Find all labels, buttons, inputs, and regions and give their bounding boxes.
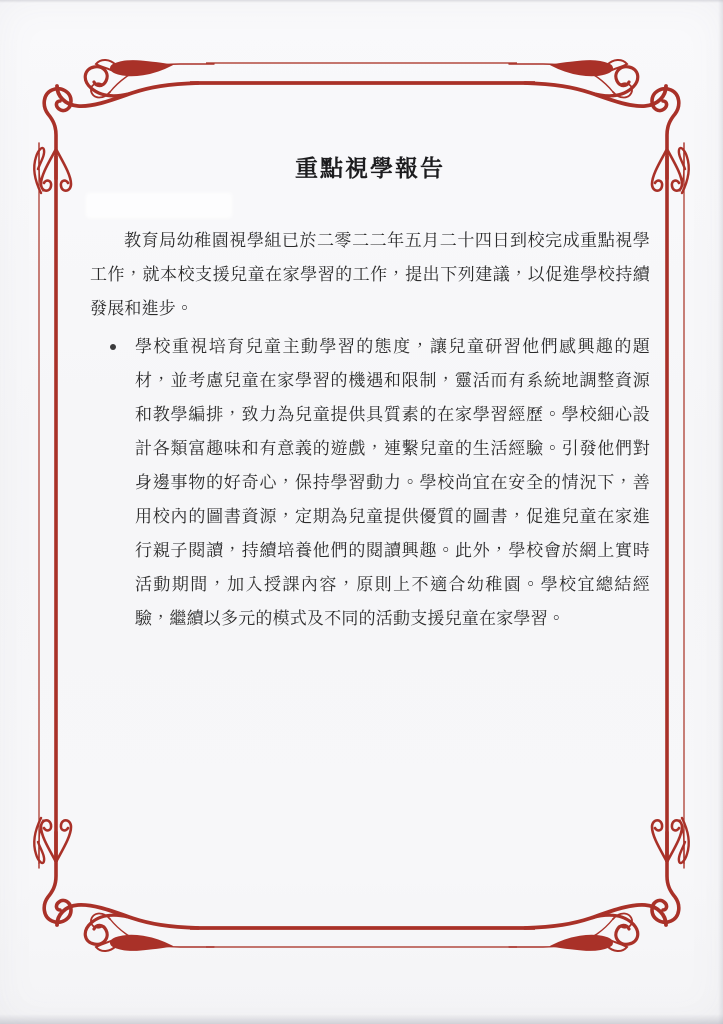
scan-edge-shadow-top: [0, 0, 723, 3]
scan-edge-shadow-right: [718, 0, 723, 1024]
scan-edge-shadow-bottom: [0, 1014, 723, 1024]
scanned-document-page: 重點視學報告 教育局幼稚園視學組已於二零二二年五月二十四日到校完成重點視學工作，…: [0, 0, 723, 1024]
page-title: 重點視學報告: [90, 154, 650, 184]
intro-paragraph: 教育局幼稚園視學組已於二零二二年五月二十四日到校完成重點視學工作，就本校支援兒童…: [90, 224, 650, 326]
recommendation-item: 學校重視培育兒童主動學習的態度，讓兒童研習他們感興趣的題材，並考慮兒童在家學習的…: [90, 330, 650, 636]
redacted-school-name: [88, 195, 230, 216]
recommendation-text: 學校重視培育兒童主動學習的態度，讓兒童研習他們感興趣的題材，並考慮兒童在家學習的…: [135, 337, 650, 628]
document-content: 重點視學報告 教育局幼稚園視學組已於二零二二年五月二十四日到校完成重點視學工作，…: [90, 154, 650, 636]
recommendations-list: 學校重視培育兒童主動學習的態度，讓兒童研習他們感興趣的題材，並考慮兒童在家學習的…: [90, 330, 650, 636]
bullet-dot-icon: [110, 344, 116, 350]
